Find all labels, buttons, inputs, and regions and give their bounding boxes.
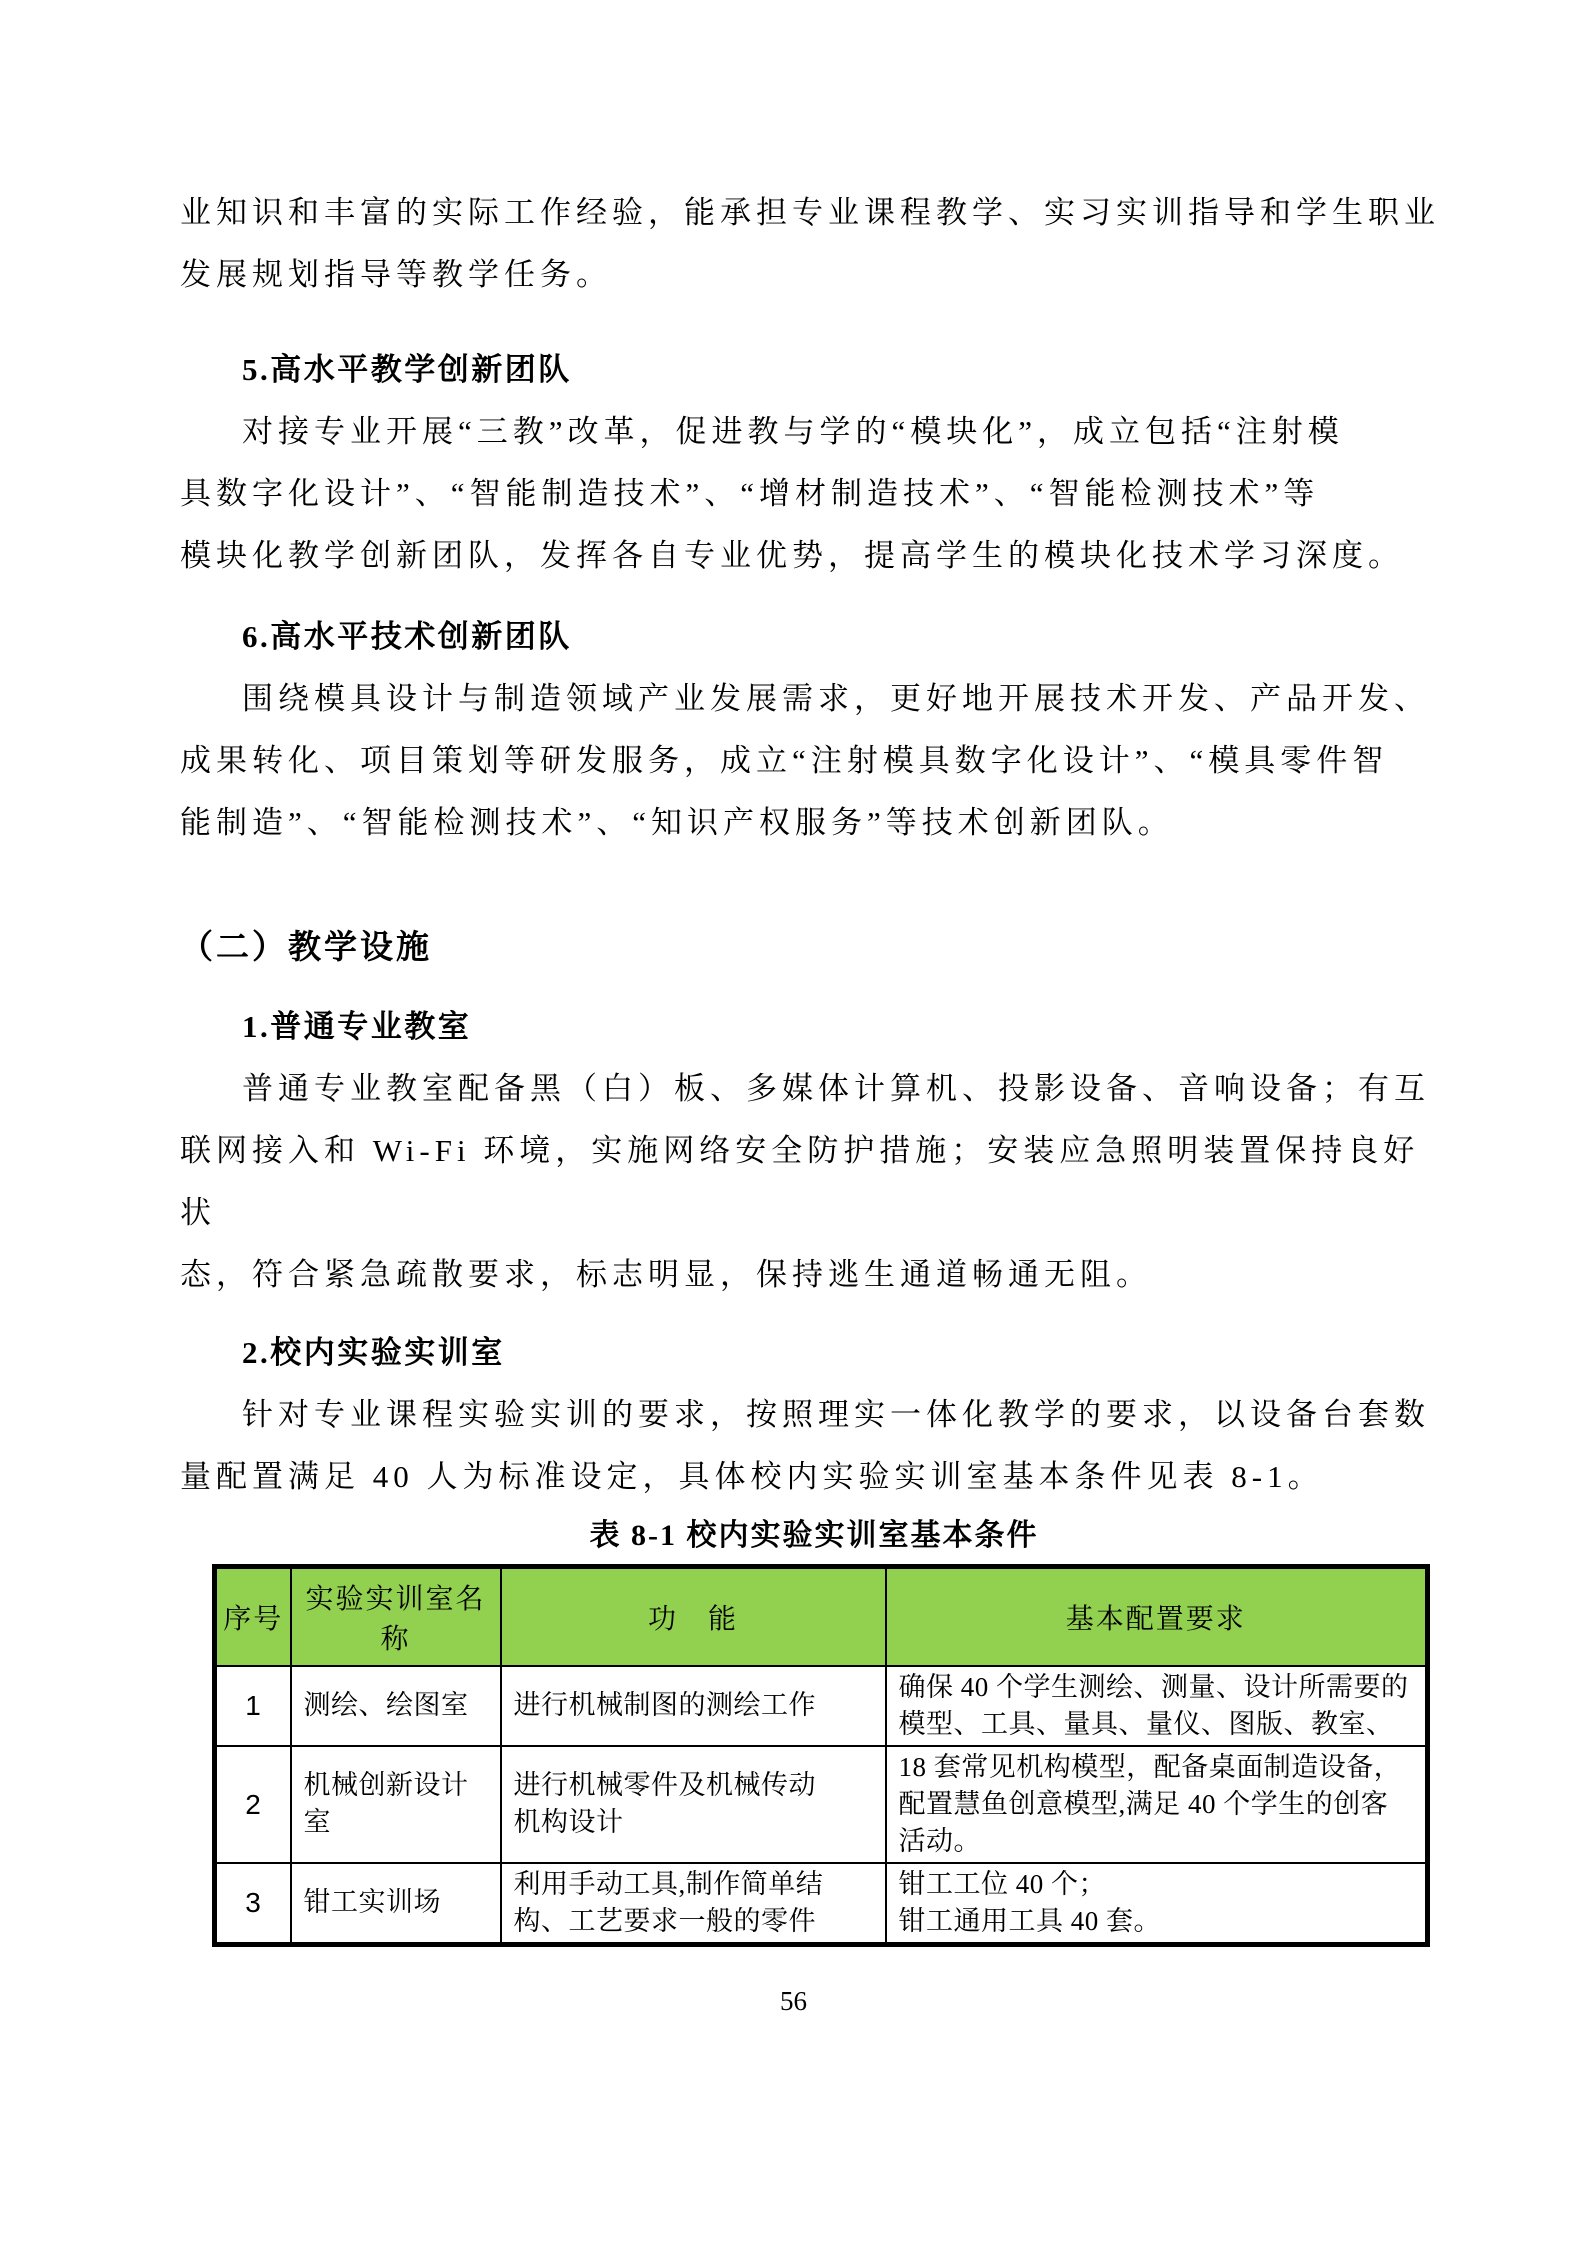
cell-function: 进行机械制图的测绘工作 bbox=[501, 1666, 886, 1746]
heading-2-campus-training-rooms: 2.校内实验实训室 bbox=[180, 1322, 1448, 1384]
cell-room-name: 测绘、绘图室 bbox=[291, 1666, 501, 1746]
page-number: 56 bbox=[0, 1985, 1587, 2017]
cell-basic-config: 18 套常见机构模型，配备桌面制造设备， 配置慧鱼创意模型,满足 40 个学生的… bbox=[886, 1746, 1428, 1863]
column-header-basic-config: 基本配置要求 bbox=[886, 1567, 1428, 1666]
cell-basic-config: 确保 40 个学生测绘、测量、设计所需要的 模型、工具、量具、量仪、图版、教室、 bbox=[886, 1666, 1428, 1746]
cell-index: 1 bbox=[215, 1666, 291, 1746]
section-heading-teaching-facilities: （二）教学设施 bbox=[180, 914, 1448, 980]
column-header-room-name: 实验实训室名称 bbox=[291, 1567, 501, 1666]
cell-room-name: 钳工实训场 bbox=[291, 1863, 501, 1945]
cell-index: 3 bbox=[215, 1863, 291, 1945]
table-row: 1 测绘、绘图室 进行机械制图的测绘工作 确保 40 个学生测绘、测量、设计所需… bbox=[215, 1666, 1428, 1746]
cell-function: 进行机械零件及机械传动 机构设计 bbox=[501, 1746, 886, 1863]
column-header-index: 序号 bbox=[215, 1567, 291, 1666]
column-header-function: 功 能 bbox=[501, 1567, 886, 1666]
table-row: 2 机械创新设计室 进行机械零件及机械传动 机构设计 18 套常见机构模型，配备… bbox=[215, 1746, 1428, 1863]
document-body: 业知识和丰富的实际工作经验，能承担专业课程教学、实习实训指导和学生职业 发展规划… bbox=[180, 182, 1448, 1947]
heading-5-teaching-innovation-team: 5.高水平教学创新团队 bbox=[180, 339, 1448, 401]
paragraph-campus-training-rooms: 针对专业课程实验实训的要求，按照理实一体化教学的要求，以设备台套数 量配置满足 … bbox=[180, 1384, 1448, 1508]
cell-room-name: 机械创新设计室 bbox=[291, 1746, 501, 1863]
paragraph-ordinary-classroom: 普通专业教室配备黑（白）板、多媒体计算机、投影设备、音响设备；有互 联网接入和 … bbox=[180, 1058, 1448, 1306]
heading-6-technology-innovation-team: 6.高水平技术创新团队 bbox=[180, 606, 1448, 668]
document-page: 业知识和丰富的实际工作经验，能承担专业课程教学、实习实训指导和学生职业 发展规划… bbox=[0, 0, 1587, 2245]
paragraph-6: 围绕模具设计与制造领域产业发展需求，更好地开展技术开发、产品开发、 成果转化、项… bbox=[180, 668, 1448, 854]
cell-function: 利用手动工具,制作简单结 构、工艺要求一般的零件 bbox=[501, 1863, 886, 1945]
paragraph-5: 对接专业开展“三教”改革，促进教与学的“模块化”，成立包括“注射模 具数字化设计… bbox=[180, 401, 1448, 587]
paragraph-continuation: 业知识和丰富的实际工作经验，能承担专业课程教学、实习实训指导和学生职业 发展规划… bbox=[180, 182, 1448, 306]
heading-1-ordinary-classroom: 1.普通专业教室 bbox=[180, 996, 1448, 1058]
training-room-table: 序号 实验实训室名称 功 能 基本配置要求 1 测绘、绘图室 进行机械制图的测绘… bbox=[212, 1564, 1430, 1947]
table-row: 3 钳工实训场 利用手动工具,制作简单结 构、工艺要求一般的零件 钳工工位 40… bbox=[215, 1863, 1428, 1945]
cell-basic-config: 钳工工位 40 个； 钳工通用工具 40 套。 bbox=[886, 1863, 1428, 1945]
table-caption: 表 8-1 校内实验实训室基本条件 bbox=[180, 1508, 1448, 1564]
table-header-row: 序号 实验实训室名称 功 能 基本配置要求 bbox=[215, 1567, 1428, 1666]
cell-index: 2 bbox=[215, 1746, 291, 1863]
